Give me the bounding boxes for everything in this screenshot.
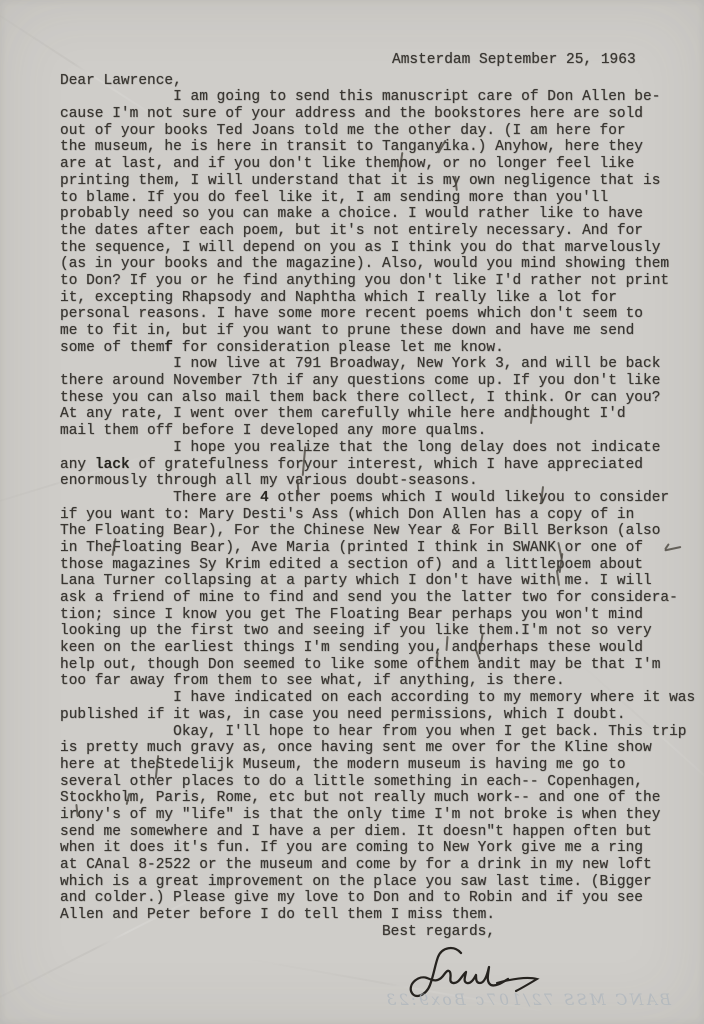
letter-line: mail them off before I developed any mor… [60, 423, 698, 440]
letter-line: irony's of my "life" is that the only ti… [60, 807, 698, 824]
letter-line: keen on the earliest things I'm sending … [60, 640, 698, 657]
letter-line: Stockholm, Paris, Rome, etc but not real… [60, 790, 698, 807]
letter-line: here at theStedelijk Museum, the modern … [60, 757, 698, 774]
letter-line: cause I'm not sure of your address and t… [60, 106, 698, 123]
letter-line: out of your books Ted Joans told me the … [60, 123, 698, 140]
letter-line: and colder.) Please give my love to Don … [60, 890, 698, 907]
letter-line: in TheFloating Bear), Ave Maria (printed… [60, 540, 698, 557]
letter-body: Amsterdam September 25, 1963 Dear Lawren… [60, 52, 698, 940]
letter-line: at CAnal 8-2522 or the museum and come b… [60, 857, 698, 874]
letter-line: there around November 7th if any questio… [60, 373, 698, 390]
letter-line: Dear Lawrence, [60, 73, 698, 90]
letter-line: those magazines Sy Krim edited a section… [60, 557, 698, 574]
letter-line: published if it was, in case you need pe… [60, 707, 698, 724]
letter-line: Allen and Peter before I do tell them I … [60, 907, 698, 924]
archival-stamp-bleedthrough: BANC MSS 72/107c Box9:23 [295, 991, 671, 1017]
letter-line: are at last, and if you don't like themn… [60, 156, 698, 173]
letter-line: Lana Turner collapsing at a party which … [60, 573, 698, 590]
letter-line: when it does it's fun. If you are coming… [60, 840, 698, 857]
letter-line: me to fit in, but if you want to prune t… [60, 323, 698, 340]
letter-line: any lack of gratefulness foryour interes… [60, 457, 698, 474]
letter-line: to blame. If you do feel like it, I am s… [60, 190, 698, 207]
letter-line: which is a great improvement on the plac… [60, 874, 698, 891]
letter-line: too far away from them to see what, if a… [60, 673, 698, 690]
letter-line: several other places to do a little some… [60, 774, 698, 791]
letter-line: to Don? If you or he find anything you d… [60, 273, 698, 290]
letter-line: personal reasons. I have some more recen… [60, 306, 698, 323]
letter-line: At any rate, I went over them carefully … [60, 406, 698, 423]
letter-line: looking up the first two and seeing if y… [60, 623, 698, 640]
letter-line: the museum, he is here in transit to Tan… [60, 139, 698, 156]
letter-line: send me somewhere and I have a per diem.… [60, 824, 698, 841]
letter-line: printing them, I will understand that it… [60, 173, 698, 190]
letter-line: Best regards, [60, 924, 698, 941]
letter-line: some of themf for consideration please l… [60, 340, 698, 357]
letter-line: enormously through all my various doubt-… [60, 473, 698, 490]
paper: Amsterdam September 25, 1963 Dear Lawren… [0, 0, 704, 1024]
letter-line: I now live at 791 Broadway, New York 3, … [60, 356, 698, 373]
letter-line: help out, though Don seemed to like some… [60, 657, 698, 674]
letter-line: if you want to: Mary Desti's Ass (which … [60, 507, 698, 524]
letter-line: The Floating Bear), For the Chinese New … [60, 523, 698, 540]
letter-line: the sequence, I will depend on you as I … [60, 240, 698, 257]
letter-line: I am going to send this manuscript care … [60, 89, 698, 106]
letter-date: Amsterdam September 25, 1963 [392, 52, 698, 69]
letter-line: There are 4 other poems which I would li… [60, 490, 698, 507]
letter-line: is pretty much gravy as, once having sen… [60, 740, 698, 757]
letter-line: probably need so you can make a choice. … [60, 206, 698, 223]
letter-line: tion; since I know you get The Floating … [60, 607, 698, 624]
letter-line: ask a friend of mine to find and send yo… [60, 590, 698, 607]
letter-lines: Dear Lawrence, I am going to send this m… [60, 73, 698, 941]
letter-line: these you can also mail them back there … [60, 390, 698, 407]
letter-line: I hope you realize that the long delay d… [60, 440, 698, 457]
letter-line: I have indicated on each according to my… [60, 690, 698, 707]
letter-line: Okay, I'll hope to hear from you when I … [60, 724, 698, 741]
letter-line: it, excepting Rhapsody and Naphtha which… [60, 290, 698, 307]
letter-line: the dates after each poem, but it's not … [60, 223, 698, 240]
letter-line: (as in your books and the magazine). Als… [60, 256, 698, 273]
